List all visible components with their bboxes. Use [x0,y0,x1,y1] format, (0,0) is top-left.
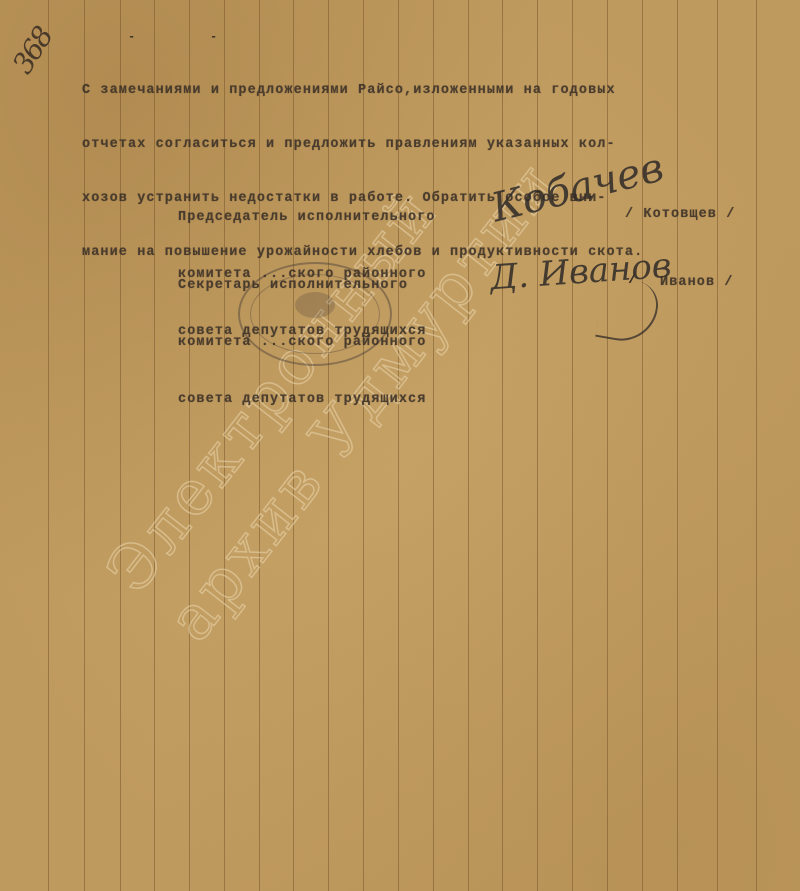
secretary-line: совета депутатов трудящихся [178,390,426,409]
secretary-title-block: Секретарь исполнительного комитета ...ск… [178,238,426,447]
ruled-line [717,0,718,891]
secretary-line: комитета ...ского районного [178,333,426,352]
typed-mark: - [128,30,135,44]
ruled-line [677,0,678,891]
typed-mark: - [210,30,217,44]
slash-mark: / [628,270,638,288]
secretary-line: Секретарь исполнительного [178,276,426,295]
body-line: отчетах согласиться и предложить правлен… [82,136,643,154]
ruled-line [48,0,49,891]
chairman-name: / Котовщев / [625,207,735,222]
chair-line: Председатель исполнительного [178,208,436,227]
secretary-name: Иванов / [660,275,734,290]
handwritten-page-number: 368 [6,22,59,80]
archival-document-page: Электронный архив Удмуртии 368 - - С зам… [0,0,800,891]
ruled-line [756,0,757,891]
body-line: С замечаниями и предложениями Райсо,изло… [82,82,643,100]
